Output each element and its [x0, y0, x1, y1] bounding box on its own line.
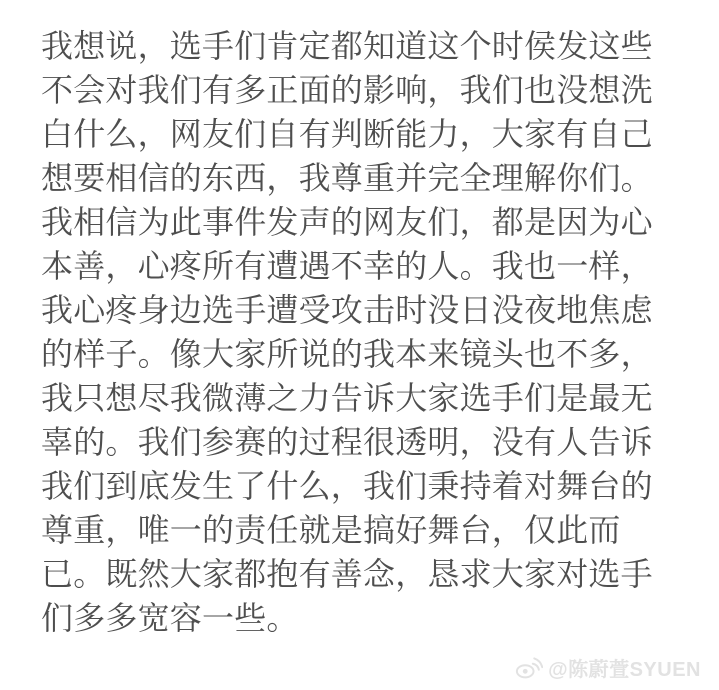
text-line: 白什么，网友们自有判断能力，大家有自己	[41, 112, 699, 156]
text-line: 已。既然大家都抱有善念，恳求大家对选手	[41, 552, 699, 596]
text-line: 们多多宽容一些。	[41, 596, 699, 640]
text-line: 不会对我们有多正面的影响，我们也没想洗	[41, 68, 699, 112]
text-line: 本善，心疼所有遭遇不幸的人。我也一样，	[41, 244, 699, 288]
text-line: 辜的。我们参赛的过程很透明，没有人告诉	[41, 420, 699, 464]
post-screenshot: 我想说，选手们肯定都知道这个时侯发这些 不会对我们有多正面的影响，我们也没想洗 …	[0, 0, 719, 690]
weibo-logo-icon	[515, 656, 543, 679]
text-line: 我相信为此事件发声的网友们，都是因为心	[41, 200, 699, 244]
watermark-handle: @陈蔚萱SYUEN	[548, 653, 701, 682]
post-text-block: 我想说，选手们肯定都知道这个时侯发这些 不会对我们有多正面的影响，我们也没想洗 …	[41, 24, 699, 640]
text-line: 我心疼身边选手遭受攻击时没日没夜地焦虑	[41, 288, 699, 332]
text-line: 我只想尽我微薄之力告诉大家选手们是最无	[41, 376, 699, 420]
watermark: @陈蔚萱SYUEN	[515, 653, 701, 682]
text-line: 我们到底发生了什么，我们秉持着对舞台的	[41, 464, 699, 508]
text-line: 想要相信的东西，我尊重并完全理解你们。	[41, 156, 699, 200]
text-line: 的样子。像大家所说的我本来镜头也不多，	[41, 332, 699, 376]
text-line: 我想说，选手们肯定都知道这个时侯发这些	[41, 24, 699, 68]
text-line: 尊重，唯一的责任就是搞好舞台，仅此而	[41, 508, 699, 552]
